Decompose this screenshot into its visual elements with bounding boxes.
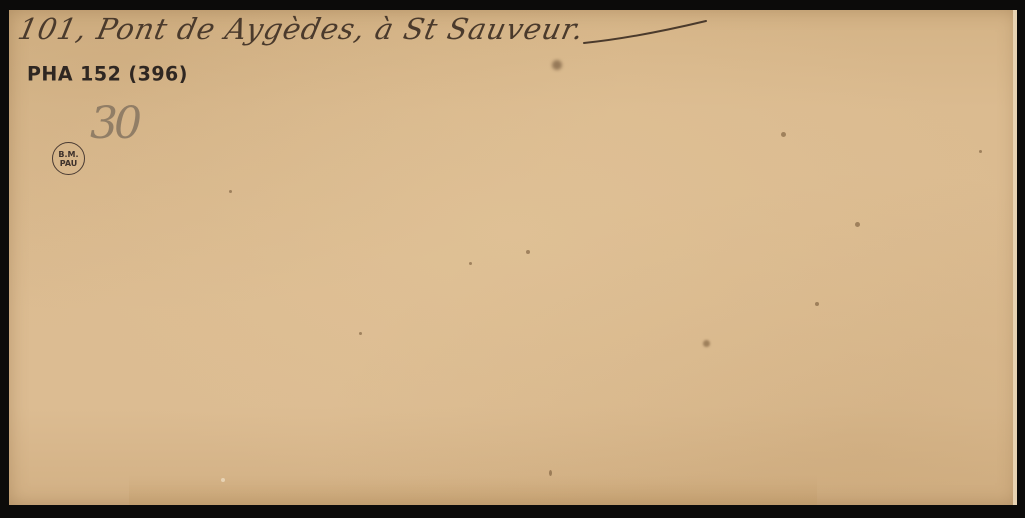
paper-edge — [1013, 10, 1017, 505]
foxing-spot — [855, 222, 860, 227]
foxing-spot — [221, 478, 225, 482]
caption-flourish — [574, 17, 714, 47]
foxing-spot — [703, 340, 710, 347]
scan-background: 101, Pont de Aygèdes, à St Sauveur. PHA … — [0, 0, 1025, 518]
foxing-spot — [359, 332, 362, 335]
handwritten-caption: 101, Pont de Aygèdes, à St Sauveur. — [15, 12, 587, 46]
foxing-spot — [552, 60, 562, 70]
foxing-spot — [815, 302, 819, 306]
stamp-line-2: PAU — [60, 159, 78, 168]
foxing-spot — [229, 190, 232, 193]
stamp-line-1: B.M. — [58, 150, 78, 159]
foxing-spot — [979, 150, 982, 153]
foxing-spot — [469, 262, 472, 265]
shelfmark: PHA 152 (396) — [27, 62, 188, 85]
photo-mount-verso: 101, Pont de Aygèdes, à St Sauveur. PHA … — [9, 10, 1017, 505]
pencil-number: 30 — [90, 98, 138, 149]
stain-band — [129, 475, 817, 505]
foxing-spot — [781, 132, 786, 137]
library-stamp: B.M. PAU — [52, 142, 85, 175]
foxing-spot — [526, 250, 530, 254]
foxing-spot — [549, 470, 552, 476]
